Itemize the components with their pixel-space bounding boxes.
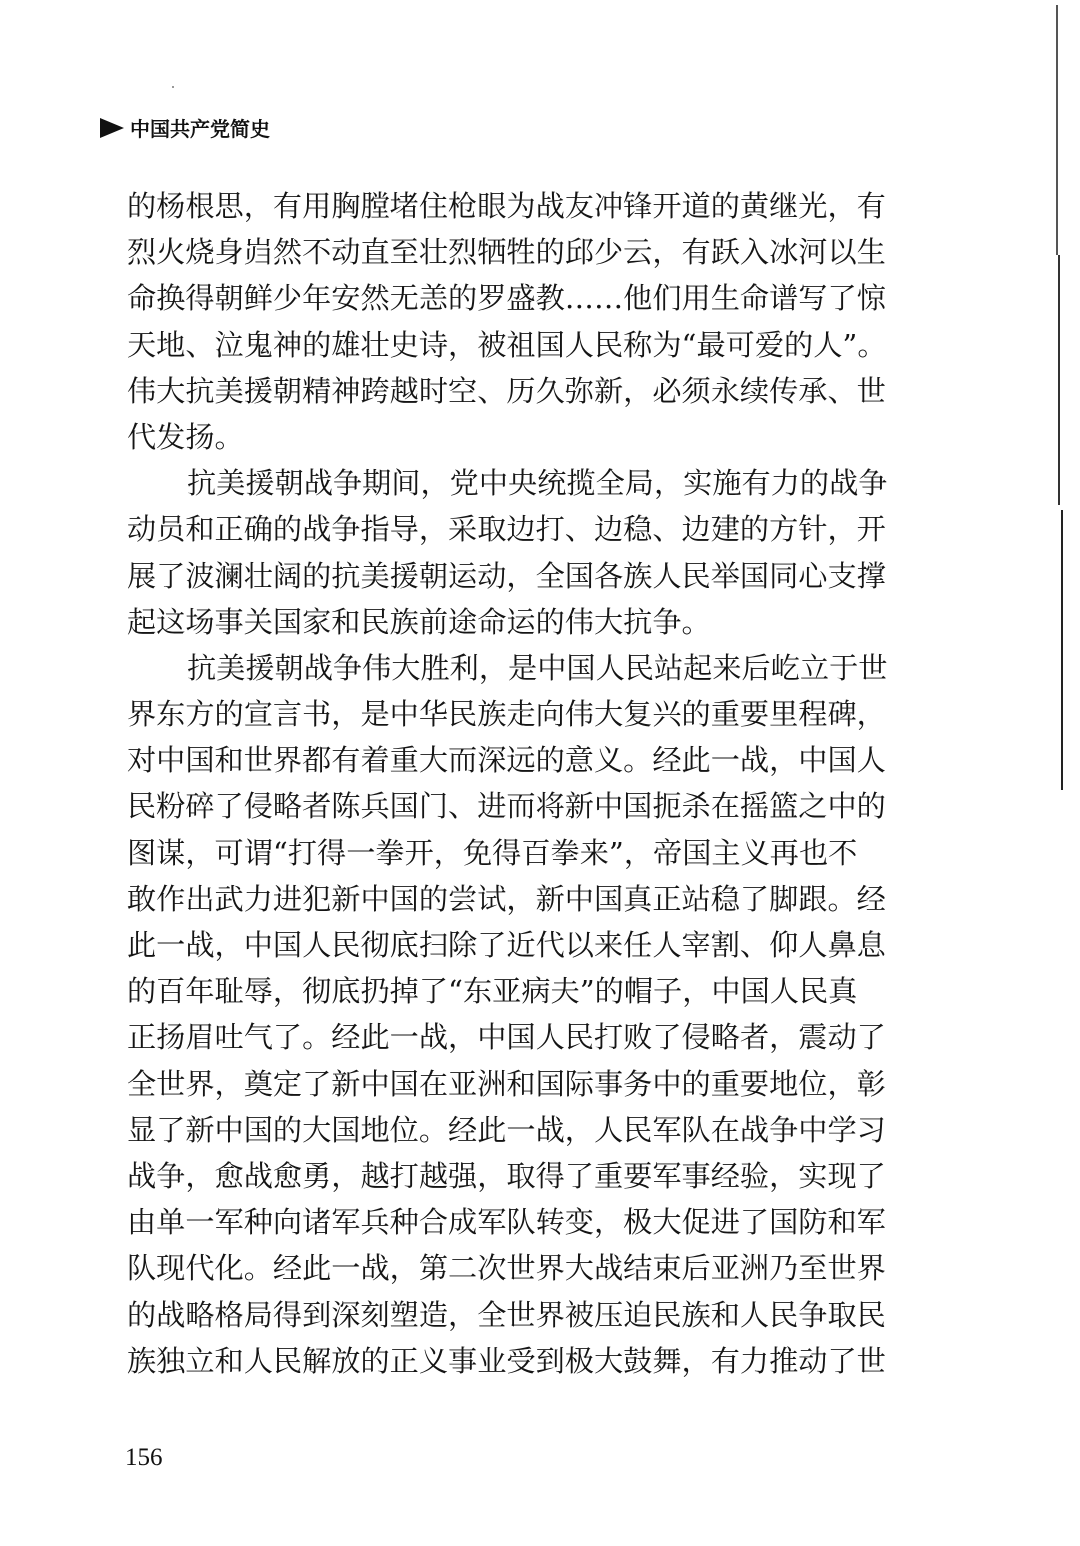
page-number: 156 [125, 1444, 163, 1472]
paragraph: 抗美援朝战争伟大胜利，是中国人民站起来后屹立于世界东方的宣言书，是中华民族走向伟… [127, 645, 917, 1384]
text-line: 图谋，可谓“打得一拳开，免得百拳来”，帝国主义再也不 [127, 830, 917, 876]
scan-edge-line [1056, 5, 1058, 255]
text-line: 天地、泣鬼神的雄壮史诗，被祖国人民称为“最可爱的人”。 [127, 322, 917, 368]
scan-edge-line [1061, 510, 1063, 790]
text-line: 起这场事关国家和民族前途命运的伟大抗争。 [127, 599, 917, 645]
paragraph: 抗美援朝战争期间，党中央统揽全局，实施有力的战争动员和正确的战争指导，采取边打、… [127, 460, 917, 645]
text-line: 的杨根思，有用胸膛堵住枪眼为战友冲锋开道的黄继光，有 [127, 183, 917, 229]
text-line: 敢作出武力进犯新中国的尝试，新中国真正站稳了脚跟。经 [127, 876, 917, 922]
text-line: 动员和正确的战争指导，采取边打、边稳、边建的方针，开 [127, 506, 917, 552]
scan-edge-line [1058, 255, 1060, 505]
text-line: 的百年耻辱，彻底扔掉了“东亚病夫”的帽子，中国人民真 [127, 968, 917, 1014]
running-title: 中国共产党简史 [130, 113, 270, 142]
text-line: 命换得朝鲜少年安然无恙的罗盛教……他们用生命谱写了惊 [127, 275, 917, 321]
text-line: 界东方的宣言书，是中华民族走向伟大复兴的重要里程碑， [127, 691, 917, 737]
text-line: 全世界，奠定了新中国在亚洲和国际事务中的重要地位，彰 [127, 1061, 917, 1107]
text-line: 由单一军种向诸军兵种合成军队转变，极大促进了国防和军 [127, 1199, 917, 1245]
text-line: 此一战，中国人民彻底扫除了近代以来任人宰割、仰人鼻息 [127, 922, 917, 968]
text-line: 正扬眉吐气了。经此一战，中国人民打败了侵略者，震动了 [127, 1014, 917, 1060]
text-line: 族独立和人民解放的正义事业受到极大鼓舞，有力推动了世 [127, 1338, 917, 1384]
text-line: 展了波澜壮阔的抗美援朝运动，全国各族人民举国同心支撑 [127, 553, 917, 599]
body-text: 的杨根思，有用胸膛堵住枪眼为战友冲锋开道的黄继光，有烈火烧身岿然不动直至壮烈牺牲… [127, 183, 917, 1384]
scan-speck [172, 86, 174, 88]
text-line: 民粉碎了侵略者陈兵国门、进而将新中国扼杀在摇篮之中的 [127, 783, 917, 829]
book-page: 中国共产党简史 的杨根思，有用胸膛堵住枪眼为战友冲锋开道的黄继光，有烈火烧身岿然… [0, 0, 1080, 1546]
text-line: 抗美援朝战争期间，党中央统揽全局，实施有力的战争 [127, 460, 917, 506]
text-line: 战争，愈战愈勇，越打越强，取得了重要军事经验，实现了 [127, 1153, 917, 1199]
text-line: 对中国和世界都有着重大而深远的意义。经此一战，中国人 [127, 737, 917, 783]
paragraph: 的杨根思，有用胸膛堵住枪眼为战友冲锋开道的黄继光，有烈火烧身岿然不动直至壮烈牺牲… [127, 183, 917, 460]
text-line: 的战略格局得到深刻塑造，全世界被压迫民族和人民争取民 [127, 1292, 917, 1338]
text-line: 伟大抗美援朝精神跨越时空、历久弥新，必须永续传承、世 [127, 368, 917, 414]
text-line: 烈火烧身岿然不动直至壮烈牺牲的邱少云，有跃入冰河以生 [127, 229, 917, 275]
triangle-bullet-icon [100, 118, 124, 138]
text-line: 抗美援朝战争伟大胜利，是中国人民站起来后屹立于世 [127, 645, 917, 691]
text-line: 队现代化。经此一战，第二次世界大战结束后亚洲乃至世界 [127, 1245, 917, 1291]
text-line: 代发扬。 [127, 414, 917, 460]
text-line: 显了新中国的大国地位。经此一战，人民军队在战争中学习 [127, 1107, 917, 1153]
running-head: 中国共产党简史 [100, 113, 270, 142]
